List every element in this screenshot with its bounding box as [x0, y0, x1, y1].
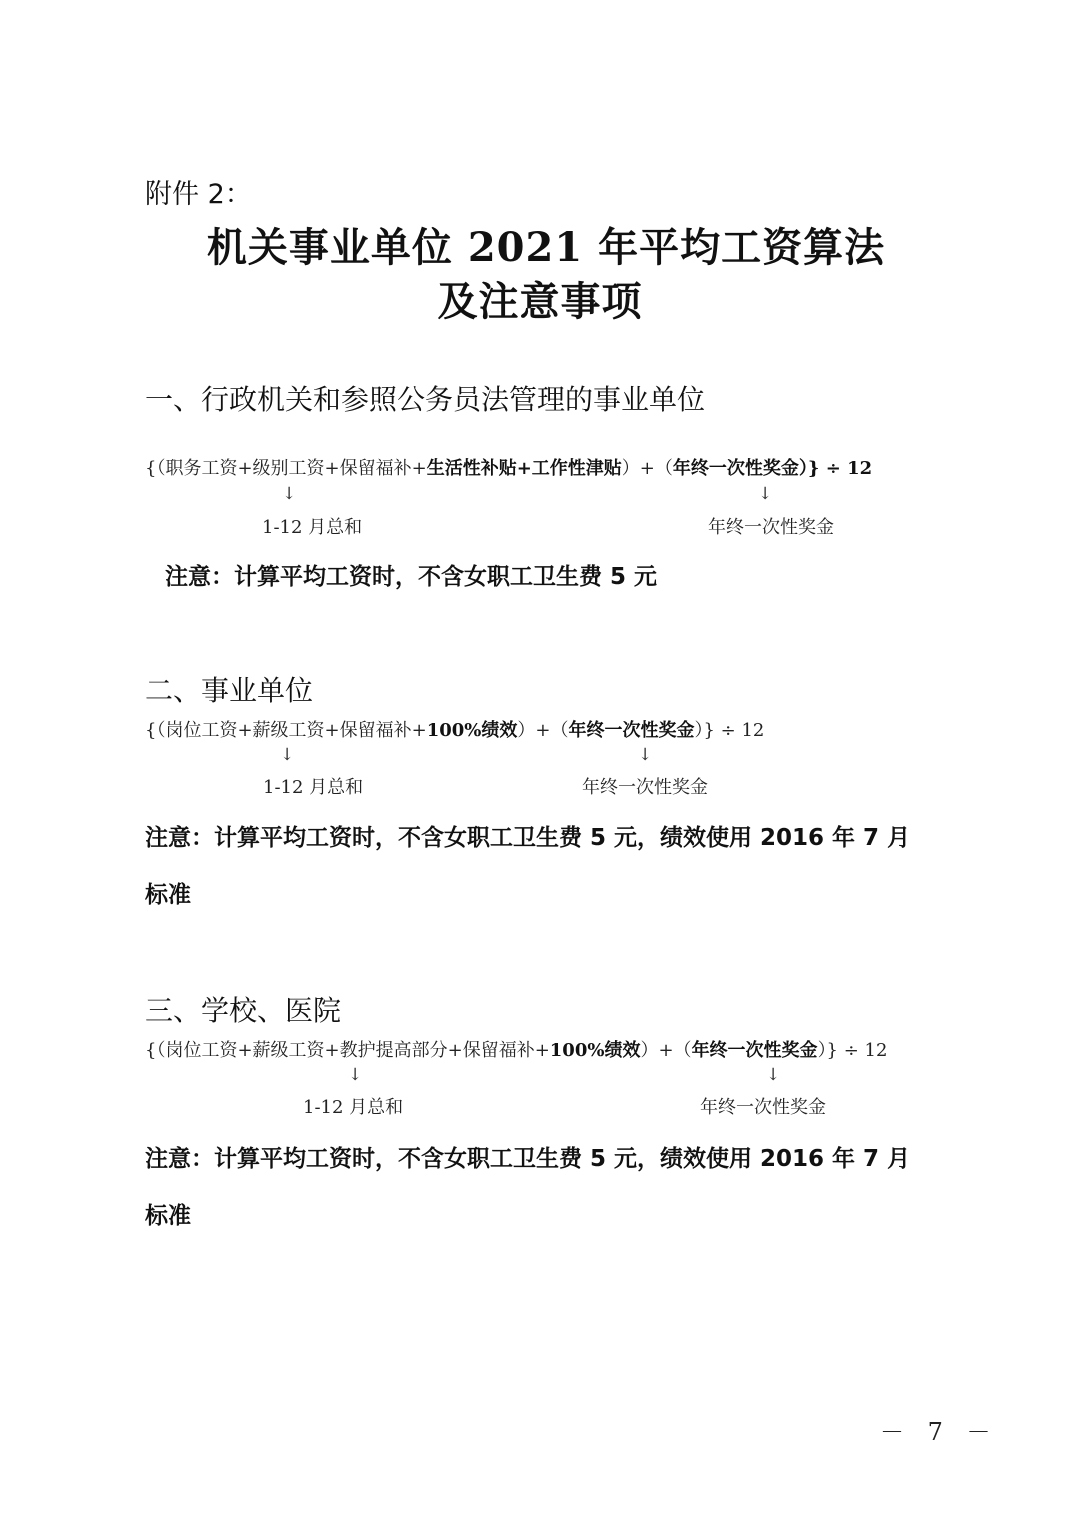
- down-arrow-icon: ↓: [766, 1065, 780, 1085]
- section-1-heading: 一、行政机关和参照公务员法管理的事业单位: [145, 378, 705, 418]
- section-2-note-line2: 标准: [145, 876, 191, 909]
- formula-part: ）+（: [640, 1040, 691, 1061]
- down-arrow-icon: ↓: [348, 1065, 362, 1085]
- year-end-bonus-label: 年终一次性奖金: [582, 773, 708, 799]
- formula-part: ）} ÷ 12: [799, 458, 872, 479]
- formula-bold-part: 100%绩效: [550, 1040, 641, 1061]
- document-title-line1: 机关事业单位 2021 年平均工资算法: [0, 216, 1080, 273]
- section-3-formula: {（岗位工资+薪级工资+教护提高部分+保留福补+100%绩效）+（年终一次性奖金…: [145, 1036, 887, 1062]
- section-3-note-line1: 注意：计算平均工资时，不含女职工卫生费 5 元，绩效使用 2016 年 7 月: [145, 1140, 910, 1173]
- down-arrow-icon: ↓: [282, 484, 296, 504]
- section-2-note-line1: 注意：计算平均工资时，不含女职工卫生费 5 元，绩效使用 2016 年 7 月: [145, 819, 910, 852]
- section-1-note: 注意：计算平均工资时，不含女职工卫生费 5 元: [165, 558, 657, 591]
- year-end-bonus-label: 年终一次性奖金: [708, 513, 834, 539]
- down-arrow-icon: ↓: [280, 745, 294, 765]
- formula-part: {（岗位工资+薪级工资+教护提高部分+保留福补+: [145, 1040, 550, 1061]
- section-3-note-line2: 标准: [145, 1197, 191, 1230]
- formula-part: {（职务工资+级别工资+保留福补+: [145, 458, 427, 479]
- formula-part: {（岗位工资+薪级工资+保留福补+: [145, 720, 427, 741]
- section-1-formula: {（职务工资+级别工资+保留福补+生活性补贴+工作性津贴）+（年终一次性奖金）}…: [145, 454, 872, 480]
- page-number: － 7 －: [880, 1412, 999, 1447]
- formula-bold-part: 生活性补贴+工作性津贴: [427, 458, 622, 479]
- monthly-total-label: 1-12 月总和: [262, 513, 362, 539]
- formula-part: ）} ÷ 12: [694, 720, 764, 741]
- formula-bold-part: 年终一次性奖金: [568, 720, 694, 741]
- down-arrow-icon: ↓: [758, 484, 772, 504]
- document-title-line2: 及注意事项: [0, 270, 1080, 327]
- year-end-bonus-label: 年终一次性奖金: [700, 1093, 826, 1119]
- formula-bold-part: 100%绩效: [427, 720, 518, 741]
- formula-part: ）} ÷ 12: [818, 1040, 888, 1061]
- formula-part: ）+（: [517, 720, 568, 741]
- formula-bold-part: 年终一次性奖金: [673, 458, 799, 479]
- formula-bold-part: 年终一次性奖金: [692, 1040, 818, 1061]
- monthly-total-label: 1-12 月总和: [303, 1093, 403, 1119]
- section-3-heading: 三、学校、医院: [145, 989, 341, 1029]
- section-2-formula: {（岗位工资+薪级工资+保留福补+100%绩效）+（年终一次性奖金）} ÷ 12: [145, 716, 764, 742]
- formula-part: ）+（: [622, 458, 673, 479]
- section-2-heading: 二、事业单位: [145, 669, 313, 709]
- attachment-label: 附件 2：: [145, 172, 252, 211]
- monthly-total-label: 1-12 月总和: [263, 773, 363, 799]
- down-arrow-icon: ↓: [638, 745, 652, 765]
